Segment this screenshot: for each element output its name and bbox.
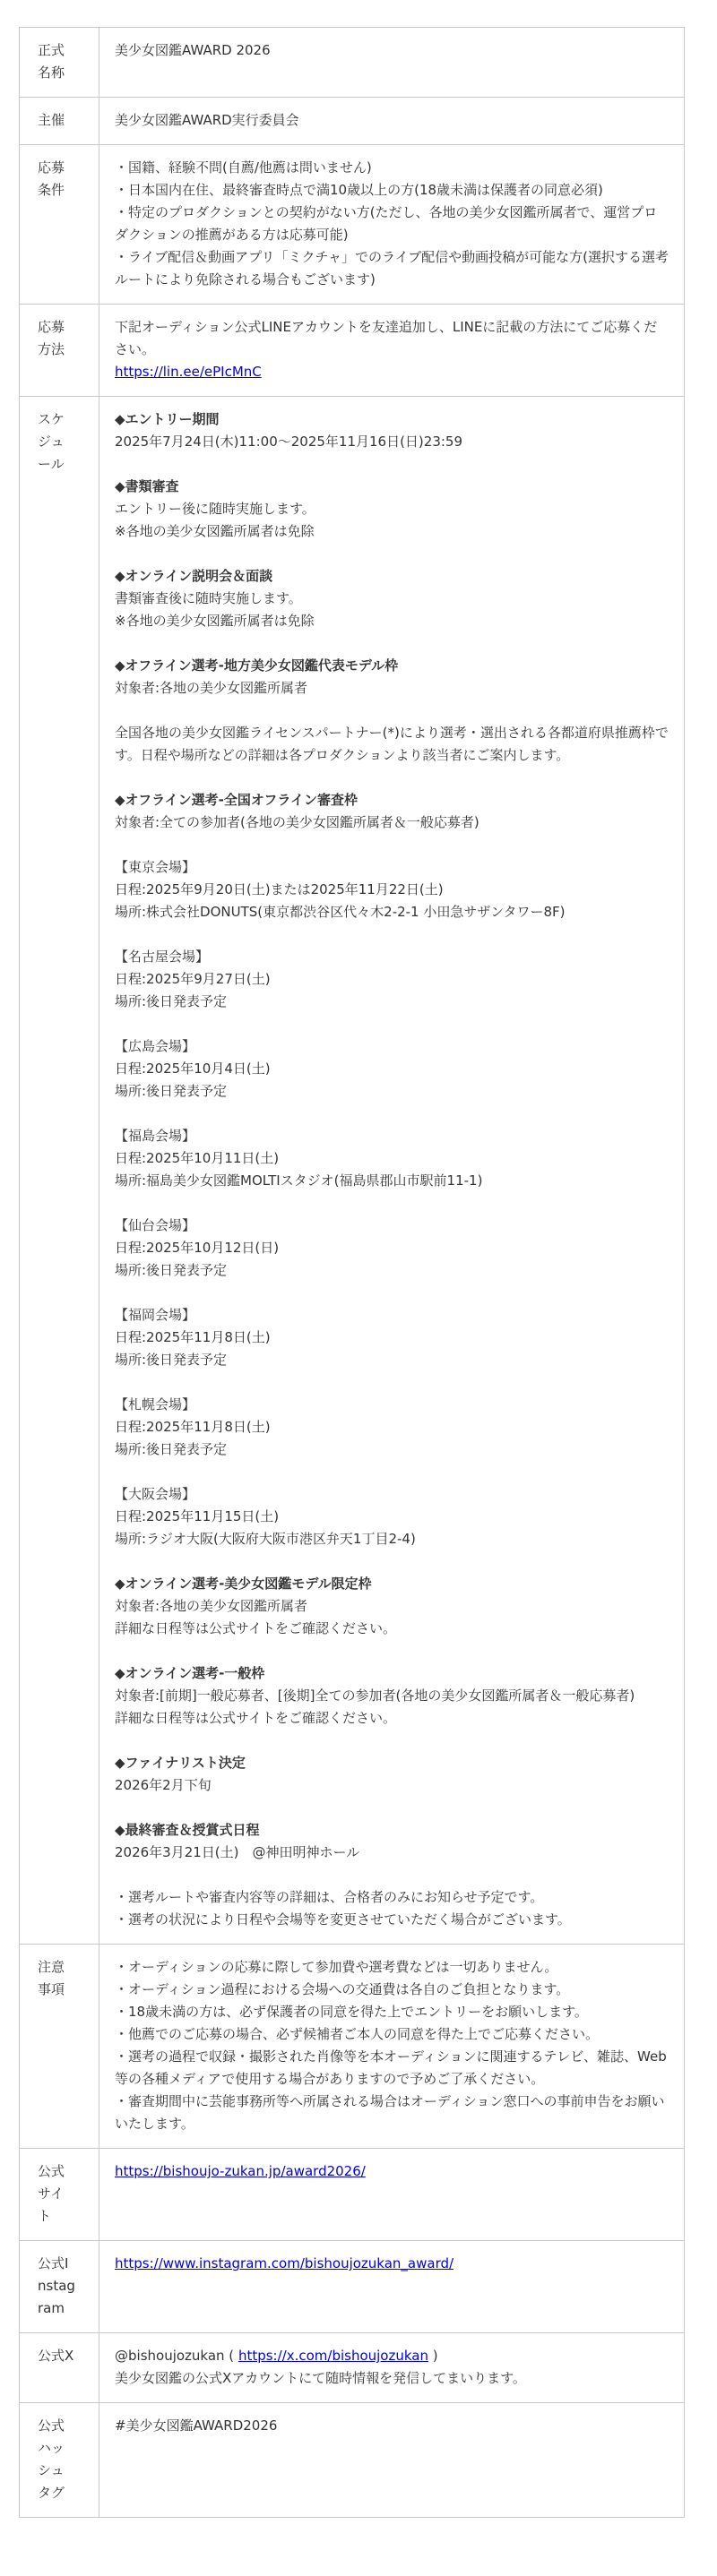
text-line: 日程:2025年9月20日(土)または2025年11月22日(土) (115, 879, 669, 901)
text-line: 下記オーディション公式LINEアカウントを友達追加し、LINEに記載の方法にてご… (115, 316, 669, 361)
how-to-apply-link[interactable]: https://lin.ee/ePIcMnC (115, 364, 262, 380)
table-row-official-x: 公式X@bishoujozukan ( https://x.com/bishou… (20, 2333, 684, 2403)
text-line: 場所:後日発表予定 (115, 1438, 669, 1461)
text-line: ・ライブ配信＆動画アプリ「ミクチャ」でのライブ配信や動画投稿が可能な方(選択する… (115, 246, 669, 291)
text-line: 対象者:[前期]一般応募者、[後期]全ての参加者(各地の美少女図鑑所属者＆一般応… (115, 1685, 669, 1707)
text-line (115, 543, 669, 565)
section-heading: ◆書類審査 (115, 476, 669, 498)
text-line: 美少女図鑑の公式Xアカウントにて随時情報を発信してまいります。 (115, 2367, 669, 2390)
text-line (115, 632, 669, 655)
text-line: 詳細な日程等は公式サイトをご確認ください。 (115, 1618, 669, 1640)
text-line: 2026年2月下旬 (115, 1774, 669, 1797)
row-label-official-x: 公式X (20, 2333, 99, 2402)
official-instagram-link[interactable]: https://www.instagram.com/bishoujozukan_… (115, 2255, 454, 2271)
row-content-official-x: @bishoujozukan ( https://x.com/bishoujoz… (99, 2333, 684, 2402)
text-line: 対象者:各地の美少女図鑑所属者 (115, 677, 669, 700)
text-line: 場所:後日発表予定 (115, 1259, 669, 1282)
row-content-how-to-apply: 下記オーディション公式LINEアカウントを友達追加し、LINEに記載の方法にてご… (99, 305, 684, 396)
table-row-official-instagram: 公式Instagramhttps://www.instagram.com/bis… (20, 2241, 684, 2333)
text-line: ・オーディション過程における会場への交通費は各自のご負担となります。 (115, 1979, 669, 2001)
text-line (115, 1864, 669, 1886)
section-heading: ◆オフライン選考-地方美少女図鑑代表モデル枠 (115, 655, 669, 677)
text-line: 場所:後日発表予定 (115, 1080, 669, 1103)
text-line (115, 834, 669, 856)
text-line: 場所:ラジオ大阪(大阪府大阪市港区弁天1丁目2-4) (115, 1528, 669, 1550)
text-line: 美少女図鑑AWARD実行委員会 (115, 109, 669, 132)
table-row-official-hashtag: 公式ハッシュタグ#美少女図鑑AWARD2026 (20, 2403, 684, 2517)
row-label-organizer: 主催 (20, 98, 99, 144)
text-line (115, 1013, 669, 1035)
text-line (115, 1550, 669, 1573)
text-line: ・特定のプロダクションとの契約がない方(ただし、各地の美少女図鑑所属者で、運営プ… (115, 202, 669, 246)
text-line (115, 1730, 669, 1752)
row-label-notes: 注意事項 (20, 1945, 99, 2148)
row-label-official-hashtag: 公式ハッシュタグ (20, 2403, 99, 2517)
text-line: ※各地の美少女図鑑所属者は免除 (115, 520, 669, 543)
info-table: 正式名称美少女図鑑AWARD 2026主催美少女図鑑AWARD実行委員会応募条件… (19, 27, 685, 2518)
text-line: #美少女図鑑AWARD2026 (115, 2415, 669, 2437)
table-row-official-name: 正式名称美少女図鑑AWARD 2026 (20, 28, 684, 98)
text-line: 日程:2025年10月11日(土) (115, 1147, 669, 1170)
text-line: 場所:後日発表予定 (115, 991, 669, 1013)
text-line: 日程:2025年10月4日(土) (115, 1058, 669, 1080)
text-line: ・選考ルートや審査内容等の詳細は、合格者のみにお知らせ予定です。 (115, 1886, 669, 1909)
text-line: 2026年3月21日(土) @神田明神ホール (115, 1842, 669, 1864)
text-line: 【福島会場】 (115, 1125, 669, 1147)
text-line: 場所:福島美少女図鑑MOLTIスタジオ(福島県郡山市駅前11-1) (115, 1170, 669, 1192)
text-line (115, 700, 669, 722)
text-line: ・日本国内在住、最終審査時点で満10歳以上の方(18歳未満は保護者の同意必須) (115, 179, 669, 202)
text-line: エントリー後に随時実施します。 (115, 498, 669, 520)
text-line: 日程:2025年11月15日(土) (115, 1506, 669, 1528)
text-line: 【札幌会場】 (115, 1394, 669, 1416)
official-site-link[interactable]: https://bishoujo-zukan.jp/award2026/ (115, 2163, 366, 2179)
text-line: ※各地の美少女図鑑所属者は免除 (115, 610, 669, 632)
text-line: 【名古屋会場】 (115, 946, 669, 968)
text-line: https://lin.ee/ePIcMnC (115, 361, 669, 383)
text-line: 2025年7月24日(木)11:00～2025年11月16日(日)23:59 (115, 431, 669, 453)
row-label-entry-requirements: 応募条件 (20, 145, 99, 304)
text-line: 全国各地の美少女図鑑ライセンスパートナー(*)により選考・選出される各都道府県推… (115, 722, 669, 767)
text-line: ・国籍、経験不問(自薦/他薦は問いません) (115, 157, 669, 179)
row-label-how-to-apply: 応募方法 (20, 305, 99, 396)
row-label-official-instagram: 公式Instagram (20, 2241, 99, 2332)
table-row-official-site: 公式サイトhttps://bishoujo-zukan.jp/award2026… (20, 2149, 684, 2241)
text-line: ・審査期間中に芸能事務所等へ所属される場合はオーディション窓口への事前申告をお願… (115, 2091, 669, 2135)
row-content-organizer: 美少女図鑑AWARD実行委員会 (99, 98, 684, 144)
row-label-schedule: スケジュール (20, 397, 99, 1944)
text-line (115, 1797, 669, 1819)
text-line (115, 453, 669, 476)
table-row-notes: 注意事項・オーディションの応募に際して参加費や選考費などは一切ありません。・オー… (20, 1945, 684, 2149)
text-line: https://www.instagram.com/bishoujozukan_… (115, 2253, 669, 2275)
text-line (115, 1461, 669, 1483)
text-line (115, 1103, 669, 1125)
text-line: ・他薦でのご応募の場合、必ず候補者ご本人の同意を得た上でご応募ください。 (115, 2023, 669, 2046)
text-line: 詳細な日程等は公式サイトをご確認ください。 (115, 1707, 669, 1730)
text-line (115, 1192, 669, 1215)
row-content-notes: ・オーディションの応募に際して参加費や選考費などは一切ありません。・オーディショ… (99, 1945, 684, 2148)
text-line: ・選考の過程で収録・撮影された肖像等を本オーディションに関連するテレビ、雑誌、W… (115, 2046, 669, 2091)
text-line: 【広島会場】 (115, 1035, 669, 1058)
row-content-official-site: https://bishoujo-zukan.jp/award2026/ (99, 2149, 684, 2240)
section-heading: ◆オンライン選考-美少女図鑑モデル限定枠 (115, 1573, 669, 1595)
section-heading: ◆オフライン選考-全国オフライン審査枠 (115, 789, 669, 811)
row-label-official-site: 公式サイト (20, 2149, 99, 2240)
section-heading: ◆エントリー期間 (115, 408, 669, 431)
row-content-entry-requirements: ・国籍、経験不問(自薦/他薦は問いません)・日本国内在住、最終審査時点で満10歳… (99, 145, 684, 304)
text-line: 場所:後日発表予定 (115, 1349, 669, 1371)
table-row-organizer: 主催美少女図鑑AWARD実行委員会 (20, 98, 684, 145)
row-content-official-name: 美少女図鑑AWARD 2026 (99, 28, 684, 97)
row-content-schedule: ◆エントリー期間2025年7月24日(木)11:00～2025年11月16日(日… (99, 397, 684, 1944)
row-label-official-name: 正式名称 (20, 28, 99, 97)
text-line: ・オーディションの応募に際して参加費や選考費などは一切ありません。 (115, 1956, 669, 1979)
table-row-entry-requirements: 応募条件・国籍、経験不問(自薦/他薦は問いません)・日本国内在住、最終審査時点で… (20, 145, 684, 305)
text-line: 日程:2025年11月8日(土) (115, 1327, 669, 1349)
text-line (115, 1282, 669, 1304)
text-line: 【大阪会場】 (115, 1483, 669, 1506)
text-line (115, 1371, 669, 1394)
text-line: @bishoujozukan ( https://x.com/bishoujoz… (115, 2345, 669, 2367)
table-row-how-to-apply: 応募方法下記オーディション公式LINEアカウントを友達追加し、LINEに記載の方… (20, 305, 684, 397)
section-heading: ◆ファイナリスト決定 (115, 1752, 669, 1774)
text-span: ) (428, 2348, 438, 2364)
text-line: 日程:2025年9月27日(土) (115, 968, 669, 991)
official-x-link[interactable]: https://x.com/bishoujozukan (238, 2348, 428, 2364)
text-line: 対象者:全ての参加者(各地の美少女図鑑所属者＆一般応募者) (115, 811, 669, 834)
text-line: 場所:株式会社DONUTS(東京都渋谷区代々木2-2-1 小田急サザンタワー8F… (115, 901, 669, 923)
section-heading: ◆オンライン選考-一般枠 (115, 1662, 669, 1685)
table-row-schedule: スケジュール◆エントリー期間2025年7月24日(木)11:00～2025年11… (20, 397, 684, 1945)
text-line: 対象者:各地の美少女図鑑所属者 (115, 1595, 669, 1618)
text-line: 書類審査後に随時実施します。 (115, 588, 669, 610)
row-content-official-instagram: https://www.instagram.com/bishoujozukan_… (99, 2241, 684, 2332)
text-line: 美少女図鑑AWARD 2026 (115, 39, 669, 62)
text-line: 【東京会場】 (115, 856, 669, 879)
text-line: https://bishoujo-zukan.jp/award2026/ (115, 2160, 669, 2183)
row-content-official-hashtag: #美少女図鑑AWARD2026 (99, 2403, 684, 2517)
text-line: 【仙台会場】 (115, 1215, 669, 1237)
text-line: ・選考の状況により日程や会場等を変更させていただく場合がございます。 (115, 1909, 669, 1931)
text-line (115, 923, 669, 946)
text-line: 日程:2025年10月12日(日) (115, 1237, 669, 1259)
text-span: @bishoujozukan ( (115, 2348, 238, 2364)
text-line: ・18歳未満の方は、必ず保護者の同意を得た上でエントリーをお願いします。 (115, 2001, 669, 2023)
section-heading: ◆オンライン説明会＆面談 (115, 565, 669, 588)
text-line: 日程:2025年11月8日(土) (115, 1416, 669, 1438)
text-line (115, 767, 669, 789)
text-line: 【福岡会場】 (115, 1304, 669, 1327)
section-heading: ◆最終審査＆授賞式日程 (115, 1819, 669, 1842)
text-line (115, 1640, 669, 1662)
